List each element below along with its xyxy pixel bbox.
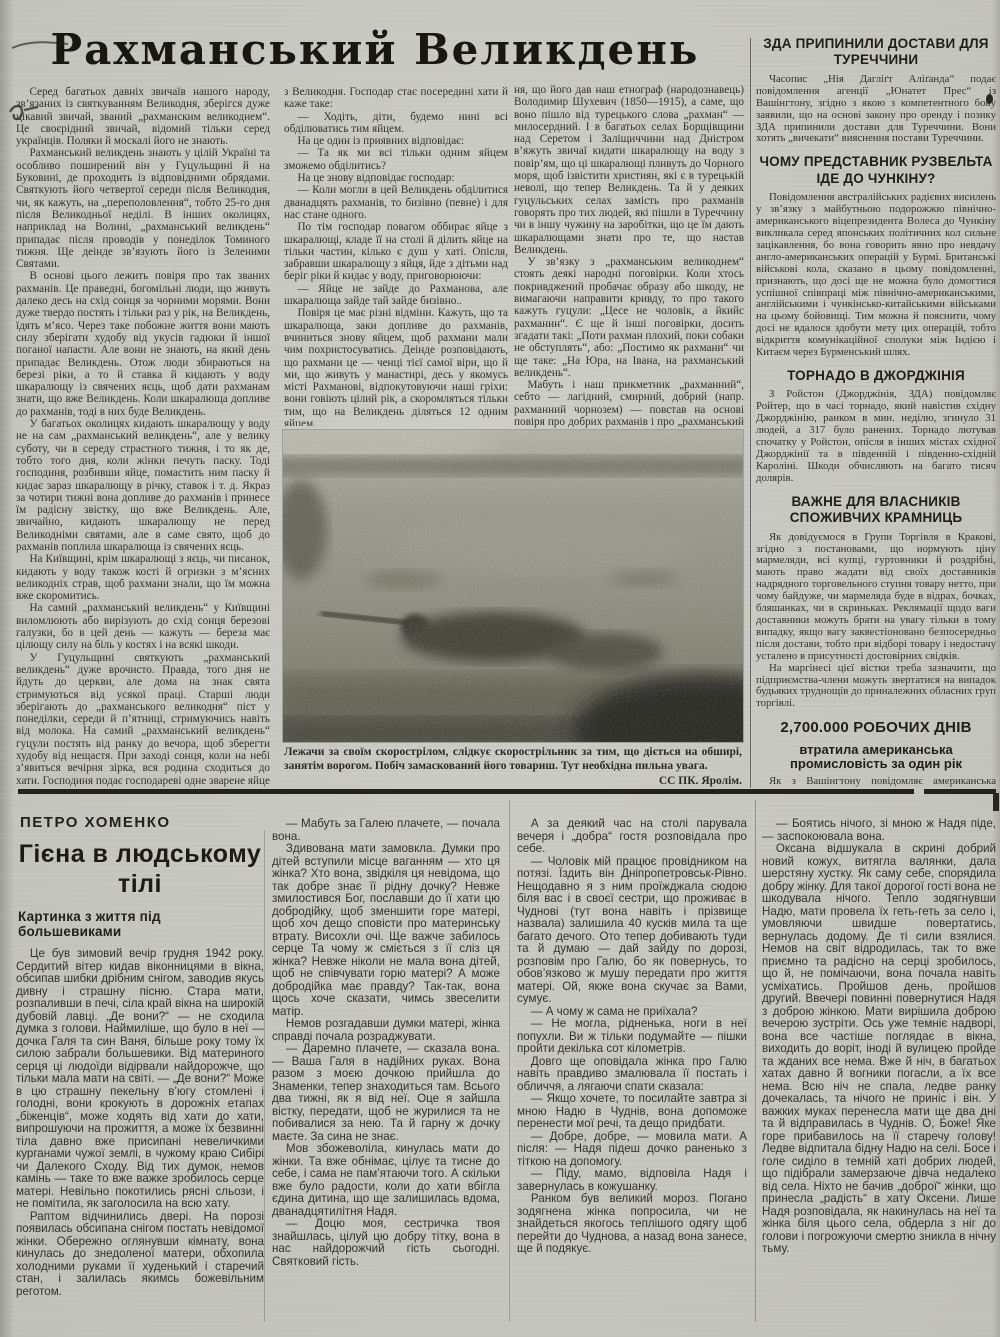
- paragraph: А за деякий час на столі парувала вечеря…: [517, 818, 747, 856]
- paragraph: Мов збожеволіла, кинулась мати до жінки.…: [272, 1143, 500, 1218]
- sidebar-article-tornado-georgia: ТОРНАДО В ДЖОРДЖІНІЯ З Ройстон (Джорджін…: [756, 368, 996, 485]
- paragraph: У Гуцульщині святкують „рахманський вели…: [16, 652, 270, 788]
- paragraph: Раптом відчинились двері. На порозі появ…: [16, 1211, 264, 1299]
- paragraph: У багатьох околицях кидають шкаралющу у …: [16, 418, 270, 553]
- bottom-article-column-3: А за деякий час на столі парувала вечеря…: [517, 818, 747, 1333]
- sidebar-article-body: Часопис „Нія Дагліґт Аліґанда“ подає пов…: [756, 74, 996, 145]
- paragraph: — Добре, добре, — мовила мати. А після: …: [517, 1131, 747, 1169]
- photo-caption: Лежачи за своїм скорострілом, слідкує ск…: [284, 746, 742, 773]
- main-article-column-3: ня, що його дав наш етнограф (народознав…: [514, 84, 744, 428]
- paragraph: У зв’язку з „рахманським великоднем“ сто…: [514, 256, 744, 379]
- paragraph: Довго ще оповідала жінка про Галю навіть…: [517, 1056, 747, 1094]
- sidebar-article-body: Повідомлення австралійських радієвих вис…: [756, 192, 996, 359]
- bottom-article-body: Це був зимовий вечір грудня 1942 року. С…: [16, 948, 264, 1298]
- paragraph: На Київщині, крім шкаралющі з яєць, чи п…: [16, 553, 270, 602]
- newspaper-page: Рахманський Великдень Серед багатьох дав…: [0, 0, 1000, 1337]
- sidebar-article-title: ВАЖНЕ ДЛЯ ВЛАСНИКІВ СПОЖИВЧИХ КРАМНИЦЬ: [756, 494, 996, 527]
- paragraph: ня, що його дав наш етнограф (народознав…: [514, 84, 744, 256]
- section-divider-bar: [924, 789, 996, 794]
- paragraph: Повідомлення австралійських радієвих вис…: [756, 192, 996, 359]
- paragraph: з Великодня. Господар стає посередині ха…: [284, 86, 508, 111]
- paragraph: — Яйце не зайде до Рахманова, але шкарал…: [284, 283, 508, 308]
- paragraph: — Доцю моя, сестричка твоя знайшлась, ці…: [272, 1218, 500, 1268]
- paragraph: — Чоловік мій працює провідником на потя…: [517, 856, 747, 1006]
- paragraph: Як довідуємося в Групи Торгівля в Краков…: [756, 532, 996, 663]
- machine-gunner-photo: [283, 430, 743, 742]
- paragraph: — Та як ми всі тільки одним яйцем зможем…: [284, 147, 508, 172]
- paragraph: На маргінесі цієї вістки треба зазначити…: [756, 663, 996, 711]
- paragraph: — Не могла, рідненька, ноги в неї попухл…: [517, 1018, 747, 1056]
- paragraph: На це знову відповідає господар:: [284, 172, 508, 184]
- paragraph: Як з Вашінгтону повідомляє американська …: [756, 776, 996, 788]
- paragraph: На самий „рахманський великдень“ у Київщ…: [16, 602, 270, 651]
- paragraph: — Якщо хочете, то посилайте завтра зі мн…: [517, 1093, 747, 1131]
- paragraph: Рахманський великдень знають у цілій Укр…: [16, 147, 270, 270]
- paragraph: Ранком був великий мороз. Погано зодягне…: [517, 1193, 747, 1256]
- paragraph: Це був зимовий вечір грудня 1942 року. С…: [16, 948, 264, 1211]
- sidebar-article-title: ТОРНАДО В ДЖОРДЖІНІЯ: [756, 368, 996, 384]
- page-left-edge-shading: [0, 0, 14, 1337]
- paragraph: Серед багатьох давніх звичаїв нашого нар…: [16, 86, 270, 147]
- paragraph: — Даремно плачете, — сказала вона. — Ваш…: [272, 1043, 500, 1143]
- paragraph: Часопис „Нія Дагліґт Аліґанда“ подає пов…: [756, 74, 996, 145]
- photo-credit: СС ПК. Яролім.: [284, 775, 742, 787]
- paragraph: Повіря це має різні відміни. Кажуть, що …: [284, 307, 508, 426]
- bottom-article-author: ПЕТРО ХОМЕНКО: [20, 814, 264, 831]
- sidebar-article-roosevelt-envoy: ЧОМУ ПРЕДСТАВНИК РУЗВЕЛЬТА ІДЕ ДО ЧУНКІН…: [756, 154, 996, 359]
- sidebar-article-shop-owners: ВАЖНЕ ДЛЯ ВЛАСНИКІВ СПОЖИВЧИХ КРАМНИЦЬ Я…: [756, 494, 996, 711]
- sidebar-article-title: 2,700.000 РОБОЧИХ ДНІВ: [756, 719, 996, 737]
- paragraph: В основі цього лежить повіря про так зва…: [16, 270, 270, 418]
- bottom-column-rule: [264, 830, 265, 1322]
- sidebar-article-body: Як довідуємося в Групи Торгівля в Краков…: [756, 532, 996, 711]
- sidebar-article-usa-turkey: ЗДА ПРИПИНИЛИ ДОСТАВИ ДЛЯ ТУРЕЧЧИНИ Часо…: [756, 36, 996, 145]
- sidebar-divider-rule: [750, 38, 751, 788]
- ink-speck: [993, 793, 999, 811]
- bottom-article-column-1: ПЕТРО ХОМЕНКО Гієна в людському тілі Кар…: [16, 812, 264, 1333]
- sidebar-article-body: Як з Вашінгтону повідомляє американська …: [756, 776, 996, 788]
- bottom-column-rule: [509, 800, 510, 1322]
- paragraph: — Коли могли в цей Великдень обділитися …: [284, 184, 508, 221]
- sidebar-article-subtitle: втратила американська промисловість за о…: [756, 743, 996, 773]
- paragraph: — Піду, мамо, відповіла Надя і завернула…: [517, 1168, 747, 1193]
- news-sidebar: ЗДА ПРИПИНИЛИ ДОСТАВИ ДЛЯ ТУРЕЧЧИНИ Часо…: [756, 36, 996, 788]
- paragraph: Немов розгадавши думки матері, жінка спр…: [272, 1018, 500, 1043]
- paragraph: Оксана відшукала в скрині добрий новий к…: [762, 843, 996, 1256]
- sidebar-article-body: З Ройстон (Джорджінія, ЗДА) повідомляє Р…: [756, 389, 996, 484]
- photo-illustration: [283, 430, 743, 742]
- sidebar-article-title: ЧОМУ ПРЕДСТАВНИК РУЗВЕЛЬТА ІДЕ ДО ЧУНКІН…: [756, 154, 996, 187]
- main-article-column-2: з Великодня. Господар стає посередині ха…: [284, 86, 508, 426]
- main-article-title: Рахманський Великдень: [30, 28, 720, 72]
- bottom-article-column-2: — Мабуть за Галею плачете, — почала вона…: [272, 818, 500, 1333]
- bottom-article-title: Гієна в людському тілі: [16, 839, 264, 899]
- paragraph: На це один із приявних відповідає:: [284, 135, 508, 147]
- paragraph: — Боятись нічого, зі мною ж Надя піде, —…: [762, 818, 996, 843]
- paragraph: Здивована мати замовкла. Думки про дітей…: [272, 843, 500, 1018]
- paragraph: З Ройстон (Джорджінія, ЗДА) повідомляє Р…: [756, 389, 996, 484]
- paragraph: — Ходіть, діти, будемо нині всі обділюва…: [284, 111, 508, 136]
- paragraph: По тім господар повагом оббирає яйце з ш…: [284, 221, 508, 282]
- paragraph: — Мабуть за Галею плачете, — почала вона…: [272, 818, 500, 843]
- bottom-article-column-4: — Боятись нічого, зі мною ж Надя піде, —…: [762, 818, 996, 1333]
- main-article-column-1: Серед багатьох давніх звичаїв нашого нар…: [16, 86, 270, 788]
- sidebar-article-title: ЗДА ПРИПИНИЛИ ДОСТАВИ ДЛЯ ТУРЕЧЧИНИ: [756, 36, 996, 69]
- bottom-article-subtitle: Картинка з життя під большевиками: [18, 909, 264, 939]
- sidebar-article-workdays-lost: 2,700.000 РОБОЧИХ ДНІВ втратила американ…: [756, 719, 996, 788]
- bottom-column-rule: [755, 800, 756, 1322]
- paragraph: Мабуть і наш прикметник „рахманний“, себ…: [514, 379, 744, 428]
- section-divider-bar: [18, 789, 914, 794]
